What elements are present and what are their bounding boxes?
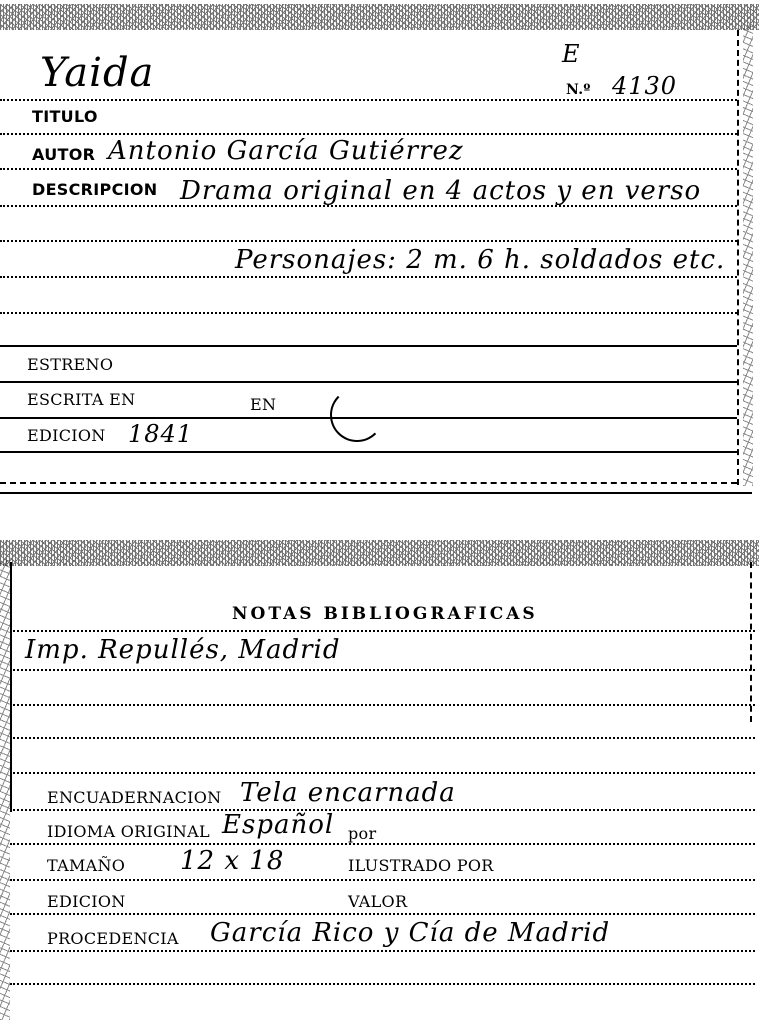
number-label: N.º — [566, 82, 591, 98]
autor-label: AUTOR — [32, 145, 95, 164]
rule-heading — [10, 630, 755, 632]
rule-encuadernacion — [10, 809, 755, 811]
rule-autor — [0, 168, 737, 170]
rule-final — [10, 983, 755, 985]
edicion-label: EDICION — [27, 426, 106, 445]
titulo-label: TITULO — [32, 107, 98, 126]
rule-idioma — [10, 843, 755, 845]
descripcion-value-2: Personajes: 2 m. 6 h. soldados etc. — [235, 245, 725, 275]
rule-escrita — [0, 417, 737, 419]
edicion-label: EDICION — [47, 892, 126, 911]
rule-card-bottom — [0, 492, 752, 494]
catalog-card-bottom: NOTAS BIBLIOGRAFICAS Imp. Repullés, Madr… — [0, 540, 759, 1028]
card-right-edge — [737, 30, 739, 485]
ilustrado-label: ILUSTRADO POR — [348, 856, 494, 875]
scan-noise-right — [743, 26, 753, 486]
rule-notes-4 — [10, 772, 755, 774]
valor-label: VALOR — [348, 892, 407, 911]
scan-noise-left — [0, 560, 10, 1020]
card-left-edge — [10, 562, 12, 812]
rule-blank-1 — [0, 240, 737, 242]
rule-edicion — [10, 913, 755, 915]
descripcion-label: DESCRIPCION — [32, 180, 157, 199]
tamano-label: TAMAÑO — [47, 856, 125, 875]
rule-title — [0, 99, 737, 101]
number-value: 4130 — [612, 72, 677, 100]
catalog-card-top: Yaida E N.º 4130 TITULO AUTOR Antonio Ga… — [0, 0, 759, 500]
scan-noise-border — [0, 540, 759, 566]
autor-value: Antonio García Gutiérrez — [108, 136, 464, 166]
stamp-smudge — [330, 388, 384, 442]
encuadernacion-value: Tela encarnada — [240, 778, 456, 808]
procedencia-value: García Rico y Cía de Madrid — [210, 918, 610, 948]
rule-descripcion — [0, 205, 737, 207]
idioma-value: Español — [222, 810, 334, 840]
edicion-value: 1841 — [128, 420, 193, 448]
card-right-edge — [750, 562, 752, 722]
scan-noise-border — [0, 4, 759, 30]
rule-notes-1 — [10, 669, 755, 671]
rule-tamano — [10, 879, 755, 881]
rule-blank-2 — [0, 276, 737, 278]
escrita-en-label: ESCRITA EN — [27, 390, 135, 409]
descripcion-value: Drama original en 4 actos y en verso — [180, 176, 701, 206]
notes-line-1: Imp. Repullés, Madrid — [25, 635, 341, 665]
rule-blank-3 — [0, 312, 737, 314]
rule-edicion — [0, 451, 737, 453]
procedencia-label: PROCEDENCIA — [47, 929, 179, 948]
en-label: EN — [250, 395, 276, 414]
rule-bottom-dashed — [0, 482, 737, 484]
rule-pre-estreno — [0, 345, 737, 347]
notas-heading: NOTAS BIBLIOGRAFICAS — [232, 604, 538, 624]
estreno-label: ESTRENO — [27, 355, 113, 374]
number-mark: E — [562, 40, 581, 68]
rule-titulo — [0, 133, 737, 135]
rule-estreno — [0, 381, 737, 383]
title-value: Yaida — [40, 50, 154, 96]
rule-notes-2 — [10, 704, 755, 706]
rule-procedencia — [10, 950, 755, 952]
tamano-value: 12 x 18 — [180, 846, 284, 876]
rule-notes-3 — [10, 737, 755, 739]
por-label: por — [348, 824, 376, 843]
idioma-label: IDIOMA ORIGINAL — [47, 822, 210, 841]
encuadernacion-label: ENCUADERNACION — [47, 788, 221, 807]
